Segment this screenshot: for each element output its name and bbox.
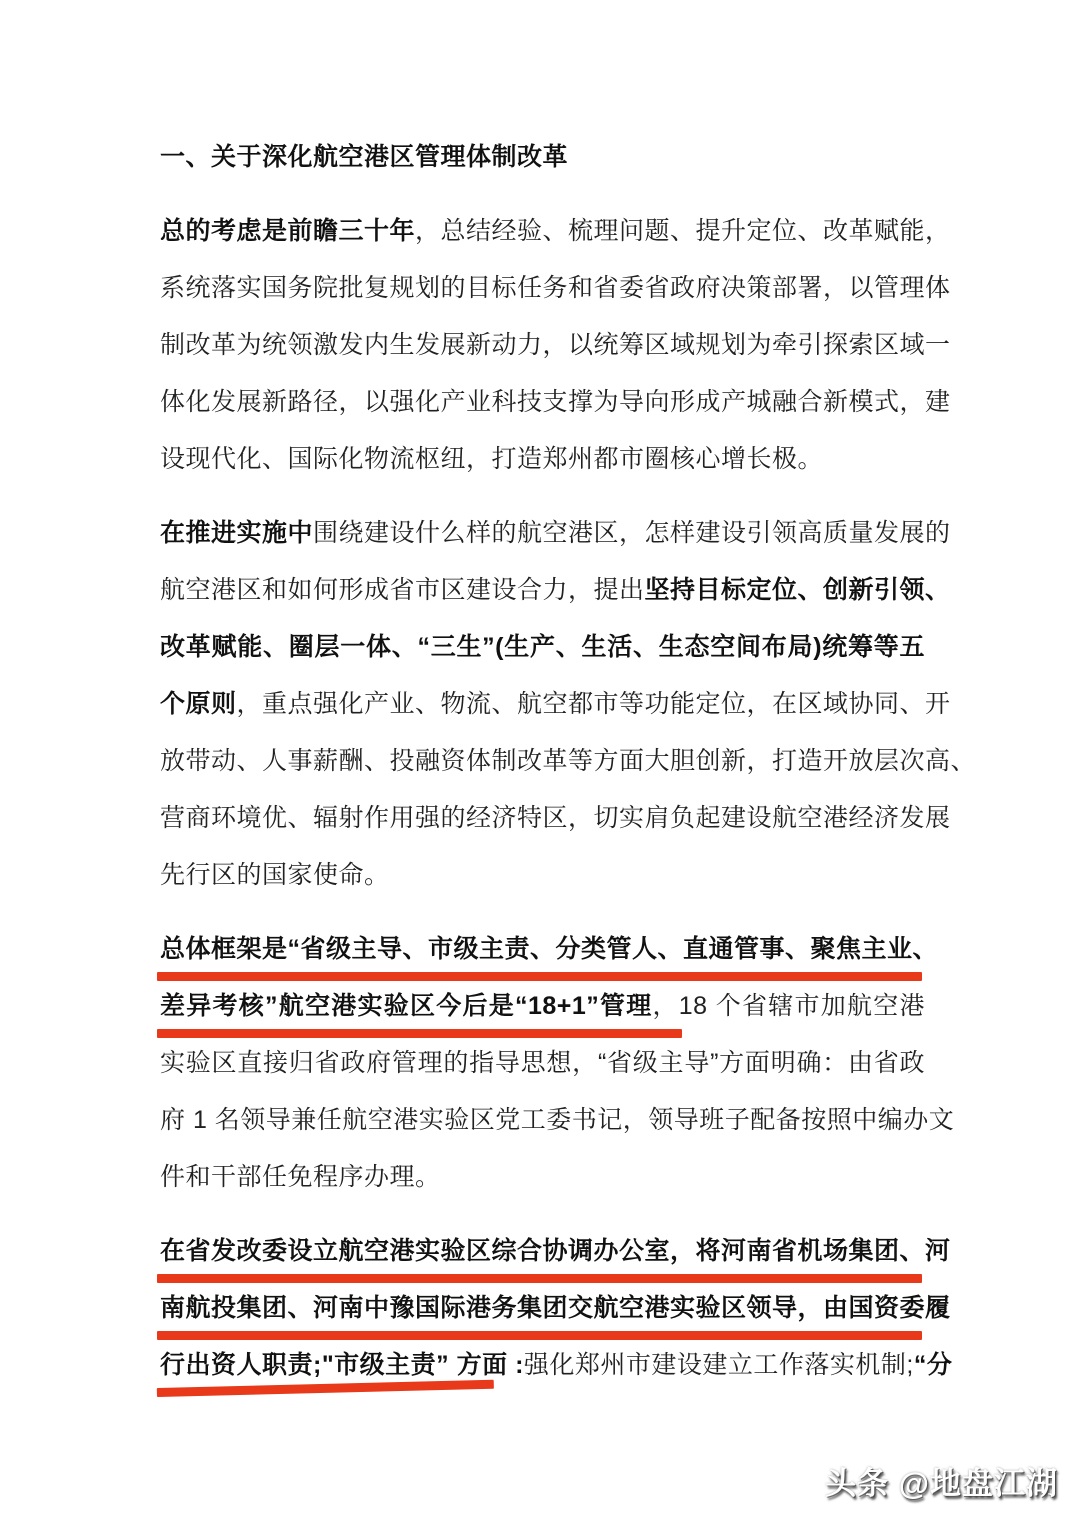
text-line: 设现代化、国际化物流枢纽，打造郑州都市圈核心增长极。 [160,431,925,488]
text-line: 制改革为统领激发内生发展新动力，以统筹区域规划为牵引探索区域一 [160,317,925,374]
text-line: 个原则，重点强化产业、物流、航空都市等功能定位，在区域协同、开 [160,676,925,733]
text-line: 总体框架是“省级主导、市级主责、分类管人、直通管事、聚焦主业、 [160,921,925,978]
text-line: 差异考核”航空港实验区今后是“18+1”管理，18 个省辖市加航空港 [160,978,925,1035]
text-segment: 制改革为统领激发内生发展新动力，以统筹区域规划为牵引探索区域一 [160,331,951,359]
text-line: 在省发改委设立航空港实验区综合协调办公室，将河南省机场集团、河 [160,1223,925,1280]
text-segment: 先行区的国家使命。 [160,861,390,889]
text-segment: 系统落实国务院批复规划的目标任务和省委省政府决策部署，以管理体 [160,274,951,302]
text-segment: 设现代化、国际化物流枢纽，打造郑州都市圈核心增长极。 [160,445,823,473]
bold-text-segment: 改革赋能、圈层一体、“三生”(生产、生活、生态空间布局)统筹等五 [160,633,925,661]
text-segment: ，重点强化产业、物流、航空都市等功能定位，在区域协同、开 [237,690,951,718]
red-underline-mark [157,1380,494,1397]
paragraph: 总的考虑是前瞻三十年，总结经验、梳理问题、提升定位、改革赋能，系统落实国务院批复… [160,203,925,488]
text-segment: 营商环境优、辐射作用强的经济特区，切实肩负起建设航空港经济发展 [160,804,951,832]
text-line: 体化发展新路径，以强化产业科技支撑为导向形成产城融合新模式，建 [160,374,925,431]
paragraph: 总体框架是“省级主导、市级主责、分类管人、直通管事、聚焦主业、差异考核”航空港实… [160,921,925,1206]
text-segment: 实验区直接归省政府管理的指导思想，“省级主导”方面明确：由省政 [160,1049,925,1077]
text-line: 放带动、人事薪酬、投融资体制改革等方面大胆创新，打造开放层次高、 [160,733,925,790]
text-line: 营商环境优、辐射作用强的经济特区，切实肩负起建设航空港经济发展 [160,790,925,847]
text-segment: 府 1 名领导兼任航空港实验区党工委书记，领导班子配备按照中编办文 [160,1106,954,1134]
text-line: 系统落实国务院批复规划的目标任务和省委省政府决策部署，以管理体 [160,260,925,317]
bold-text-segment: 个原则 [160,690,237,718]
text-segment: ，总结经验、梳理问题、提升定位、改革赋能， [415,217,951,245]
watermark: 头条 @地盘江湖 [825,1458,1058,1503]
text-line: 在推进实施中围绕建设什么样的航空港区，怎样建设引领高质量发展的 [160,505,925,562]
bold-text-segment: 在省发改委设立航空港实验区综合协调办公室，将河南省机场集团、河 [160,1237,951,1265]
text-line: 府 1 名领导兼任航空港实验区党工委书记，领导班子配备按照中编办文 [160,1092,925,1149]
text-line: 改革赋能、圈层一体、“三生”(生产、生活、生态空间布局)统筹等五 [160,619,925,676]
paragraph: 在省发改委设立航空港实验区综合协调办公室，将河南省机场集团、河南航投集团、河南中… [160,1223,925,1394]
paragraph: 在推进实施中围绕建设什么样的航空港区，怎样建设引领高质量发展的航空港区和如何形成… [160,505,925,904]
section-heading: 一、关于深化航空港区管理体制改革 [160,129,925,186]
bold-text-segment: 总体框架是“省级主导、市级主责、分类管人、直通管事、聚焦主业、 [160,935,938,963]
bold-text-segment: 在推进实施中 [160,519,313,547]
text-line: 行出资人职责;"市级主责” 方面 :强化郑州市建设建立工作落实机制;“分 [160,1337,925,1394]
text-segment: 件和干部任免程序办理。 [160,1163,441,1191]
text-line: 总的考虑是前瞻三十年，总结经验、梳理问题、提升定位、改革赋能， [160,203,925,260]
text-segment: 体化发展新路径，以强化产业科技支撑为导向形成产城融合新模式，建 [160,388,951,416]
text-line: 件和干部任免程序办理。 [160,1149,925,1206]
text-segment: ，18 个省辖市加航空港 [653,992,925,1020]
text-segment: 航空港区和如何形成省市区建设合力，提出 [160,576,645,604]
text-line: 先行区的国家使命。 [160,847,925,904]
text-line: 航空港区和如何形成省市区建设合力，提出坚持目标定位、创新引领、 [160,562,925,619]
text-line: 南航投集团、河南中豫国际港务集团交航空港实验区领导，由国资委履 [160,1280,925,1337]
bold-text-segment: 坚持目标定位、创新引领、 [645,576,951,604]
document-page: 一、关于深化航空港区管理体制改革 总的考虑是前瞻三十年，总结经验、梳理问题、提升… [0,0,1080,1527]
bold-text-segment: 差异考核”航空港实验区今后是“18+1”管理 [160,992,653,1020]
text-segment: 强化郑州市建设建立工作落实机制; [524,1351,914,1379]
text-line: 实验区直接归省政府管理的指导思想，“省级主导”方面明确：由省政 [160,1035,925,1092]
bold-text-segment: 南航投集团、河南中豫国际港务集团交航空港实验区领导，由国资委履 [160,1294,951,1322]
bold-text-segment: “分 [914,1351,953,1379]
text-segment: 围绕建设什么样的航空港区，怎样建设引领高质量发展的 [313,519,951,547]
bold-text-segment: 总的考虑是前瞻三十年 [160,217,415,245]
bold-text-segment: 行出资人职责;"市级主责” 方面 : [160,1351,524,1379]
article-body: 总的考虑是前瞻三十年，总结经验、梳理问题、提升定位、改革赋能，系统落实国务院批复… [160,203,925,1394]
text-segment: 放带动、人事薪酬、投融资体制改革等方面大胆创新，打造开放层次高、 [160,747,976,775]
